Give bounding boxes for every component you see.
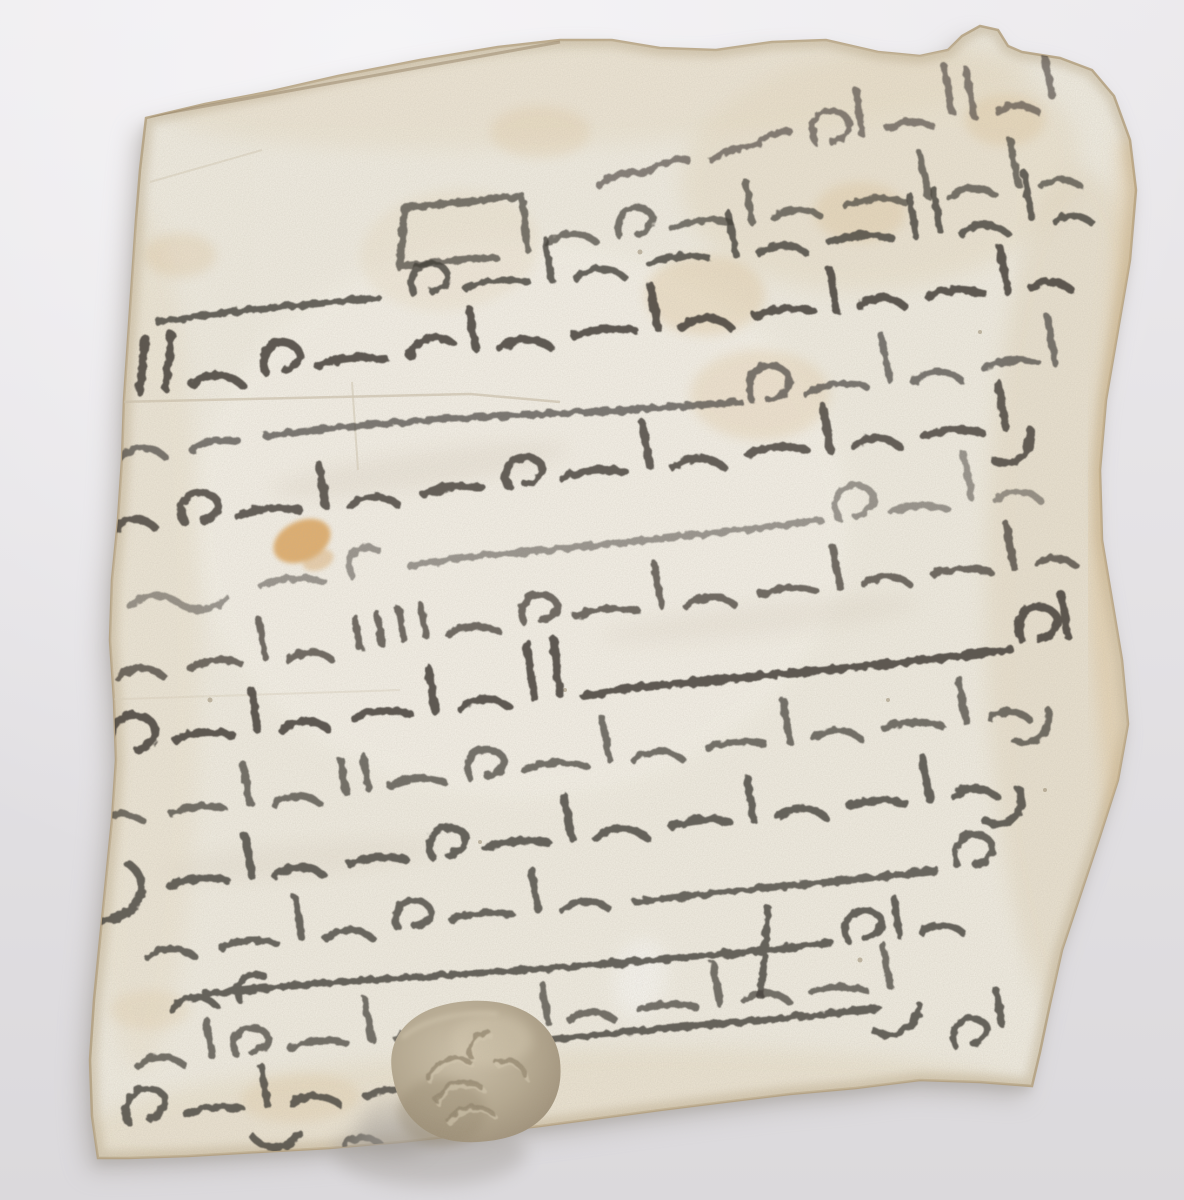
manuscript-photo-canvas [0, 0, 1184, 1200]
parchment-surface [70, 13, 1175, 1200]
manuscript-photo [0, 0, 1184, 1200]
